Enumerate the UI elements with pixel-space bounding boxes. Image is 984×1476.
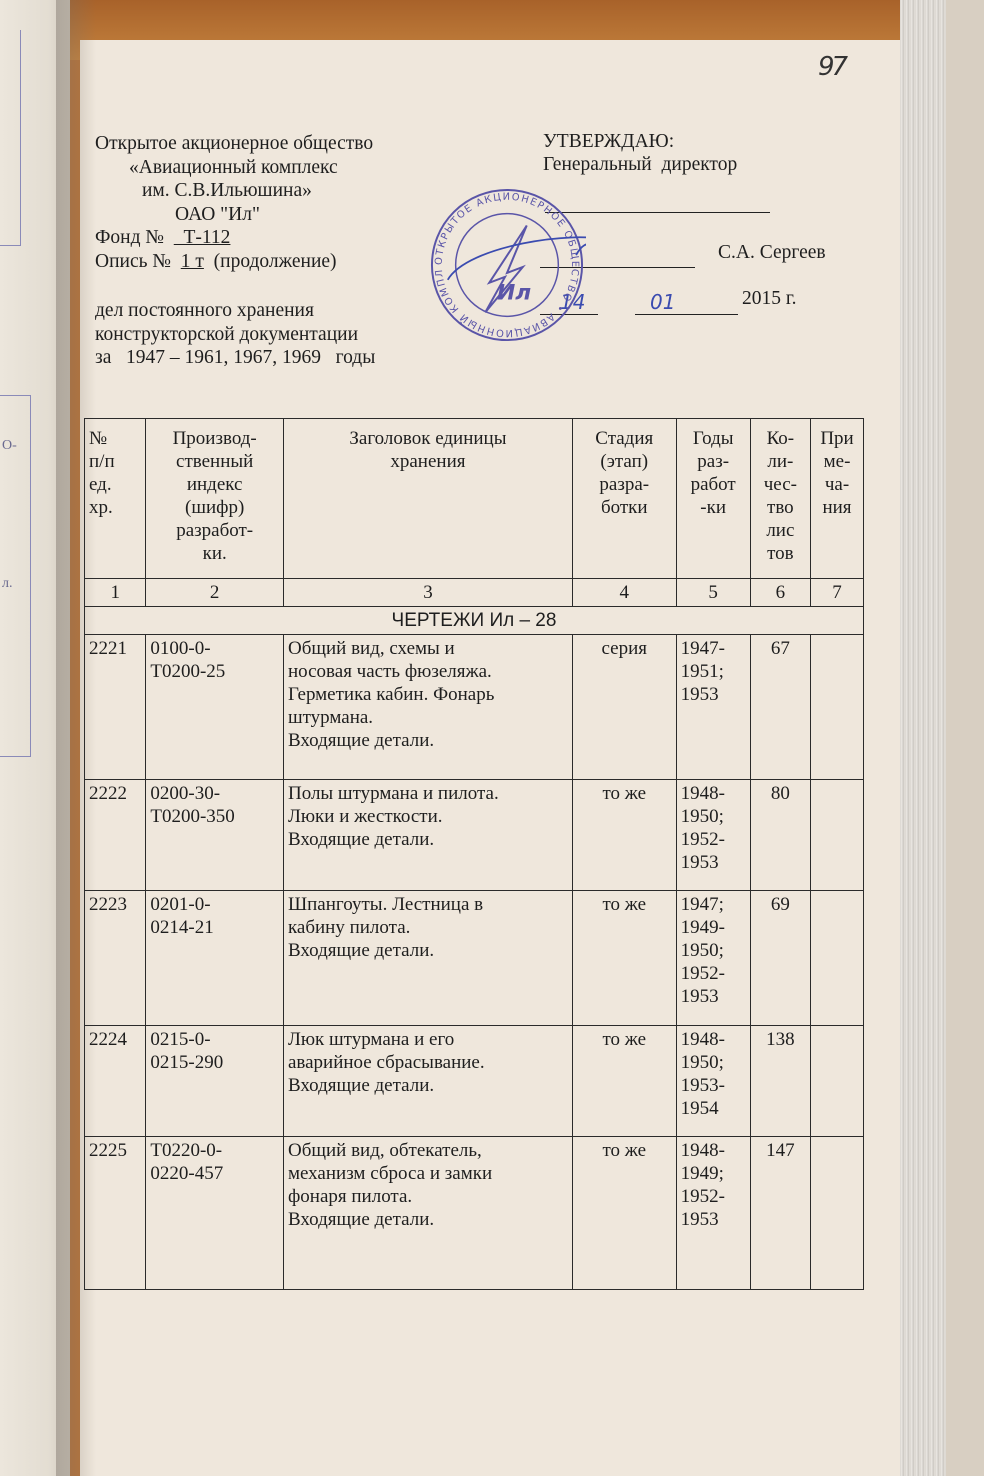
cell-years: 1948- 1949; 1952- 1953 bbox=[676, 1137, 750, 1290]
column-number: 5 bbox=[676, 579, 750, 607]
table-row: 22240215-0- 0215-290Люк штурмана и его а… bbox=[85, 1026, 864, 1137]
cell-sheet-count: 80 bbox=[750, 780, 810, 891]
org-name-line: Открытое акционерное общество bbox=[95, 132, 375, 156]
cell-stage: то же bbox=[572, 891, 676, 1026]
book-cover-edge bbox=[946, 0, 984, 1476]
column-number: 4 bbox=[572, 579, 676, 607]
cell-unit-title: Люк штурмана и его аварийное сбрасывание… bbox=[283, 1026, 572, 1137]
cell-years: 1947- 1951; 1953 bbox=[676, 635, 750, 780]
previous-page-stamp bbox=[0, 30, 21, 246]
cell-unit-title: Полы штурмана и пилота. Люки и жесткости… bbox=[283, 780, 572, 891]
column-number: 7 bbox=[811, 579, 864, 607]
cell-sheet-count: 69 bbox=[750, 891, 810, 1026]
cell-unit-title: Общий вид, обтекатель, механизм сброса и… bbox=[283, 1137, 572, 1290]
cell-item-number: 2221 bbox=[85, 635, 146, 780]
column-number: 3 bbox=[283, 579, 572, 607]
cell-notes bbox=[811, 1137, 864, 1290]
description-line: конструкторской документации bbox=[95, 323, 375, 347]
table-header-row: № п/п ед. хр. Производ- ственный индекс … bbox=[85, 419, 864, 579]
cell-item-number: 2224 bbox=[85, 1026, 146, 1137]
cell-item-number: 2223 bbox=[85, 891, 146, 1026]
inventory-table: № п/п ед. хр. Производ- ственный индекс … bbox=[84, 418, 864, 1290]
fond-value: Т-112 bbox=[174, 227, 231, 248]
svg-text:Ил: Ил bbox=[497, 281, 531, 306]
cell-production-index: 0200-30- Т0200-350 bbox=[146, 780, 284, 891]
section-title: ЧЕРТЕЖИ Ил – 28 bbox=[85, 607, 864, 635]
column-number: 2 bbox=[146, 579, 284, 607]
cell-production-index: 0201-0- 0214-21 bbox=[146, 891, 284, 1026]
cell-production-index: 0100-0- Т0200-25 bbox=[146, 635, 284, 780]
cell-item-number: 2222 bbox=[85, 780, 146, 891]
date-year: 2015 г. bbox=[742, 288, 797, 310]
signer-name: С.А. Сергеев bbox=[718, 242, 826, 264]
description-line: за 1947 – 1961, 1967, 1969 годы bbox=[95, 346, 375, 370]
cell-production-index: Т0220-0- 0220-457 bbox=[146, 1137, 284, 1290]
table-row: 2225Т0220-0- 0220-457Общий вид, обтекате… bbox=[85, 1137, 864, 1290]
opis-line: Опись № 1 т (продолжение) bbox=[95, 250, 375, 274]
handwritten-date-month: 01 bbox=[650, 290, 675, 314]
cell-stage: то же bbox=[572, 1137, 676, 1290]
org-name-line: им. С.В.Ильюшина» bbox=[95, 179, 375, 203]
date-month-line bbox=[635, 314, 738, 315]
column-number: 6 bbox=[750, 579, 810, 607]
cell-stage: то же bbox=[572, 1026, 676, 1137]
cell-years: 1948- 1950; 1952- 1953 bbox=[676, 780, 750, 891]
header-years: Годы раз- работ -ки bbox=[676, 419, 750, 579]
approver-position: Генеральный директор bbox=[543, 153, 737, 176]
cell-notes bbox=[811, 1026, 864, 1137]
header-sheet-count: Ко- ли- чес- тво лис тов bbox=[750, 419, 810, 579]
cell-stage: серия bbox=[572, 635, 676, 780]
cell-sheet-count: 138 bbox=[750, 1026, 810, 1137]
fond-label: Фонд № bbox=[95, 227, 164, 248]
org-name-line: «Авиационный комплекс bbox=[95, 156, 375, 180]
page-stack-edge bbox=[900, 0, 948, 1476]
column-numbers-row: 1 2 3 4 5 6 7 bbox=[85, 579, 864, 607]
column-number: 1 bbox=[85, 579, 146, 607]
previous-page-fragment: О- bbox=[2, 438, 17, 454]
table-row: 22230201-0- 0214-21Шпангоуты. Лестница в… bbox=[85, 891, 864, 1026]
header-notes: При ме- ча- ния bbox=[811, 419, 864, 579]
cell-unit-title: Шпангоуты. Лестница в кабину пилота. Вхо… bbox=[283, 891, 572, 1026]
opis-note: (продолжение) bbox=[214, 251, 337, 272]
cell-production-index: 0215-0- 0215-290 bbox=[146, 1026, 284, 1137]
opis-value: 1 т bbox=[181, 251, 204, 272]
previous-page-fragment: л. bbox=[2, 576, 13, 592]
cell-years: 1947; 1949- 1950; 1952- 1953 bbox=[676, 891, 750, 1026]
cell-unit-title: Общий вид, схемы и носовая часть фюзеляж… bbox=[283, 635, 572, 780]
section-row: ЧЕРТЕЖИ Ил – 28 bbox=[85, 607, 864, 635]
header-production-index: Производ- ственный индекс (шифр) разрабо… bbox=[146, 419, 284, 579]
organization-header: Открытое акционерное общество «Авиационн… bbox=[95, 132, 375, 370]
cell-item-number: 2225 bbox=[85, 1137, 146, 1290]
cell-stage: то же bbox=[572, 780, 676, 891]
cell-notes bbox=[811, 635, 864, 780]
cell-notes bbox=[811, 780, 864, 891]
fond-line: Фонд № Т-112 bbox=[95, 226, 375, 250]
cell-sheet-count: 147 bbox=[750, 1137, 810, 1290]
cell-years: 1948- 1950; 1953- 1954 bbox=[676, 1026, 750, 1137]
handwritten-page-number: 97 bbox=[818, 52, 845, 82]
opis-label: Опись № bbox=[95, 251, 171, 272]
header-item-number: № п/п ед. хр. bbox=[85, 419, 146, 579]
cell-notes bbox=[811, 891, 864, 1026]
description-line: дел постоянного хранения bbox=[95, 299, 375, 323]
company-seal-icon: ОТКРЫТОЕ АКЦИОНЕРНОЕ ОБЩЕСТВО • АВИАЦИОН… bbox=[428, 186, 586, 344]
approval-block: УТВЕРЖДАЮ: Генеральный директор bbox=[543, 130, 737, 176]
table-row: 22210100-0- Т0200-25Общий вид, схемы и н… bbox=[85, 635, 864, 780]
table-row: 22220200-30- Т0200-350Полы штурмана и пи… bbox=[85, 780, 864, 891]
org-name-line: ОАО "Ил" bbox=[95, 203, 375, 227]
approve-heading: УТВЕРЖДАЮ: bbox=[543, 130, 737, 153]
cell-sheet-count: 67 bbox=[750, 635, 810, 780]
header-stage: Стадия (этап) разра- ботки bbox=[572, 419, 676, 579]
header-title: Заголовок единицы хранения bbox=[283, 419, 572, 579]
